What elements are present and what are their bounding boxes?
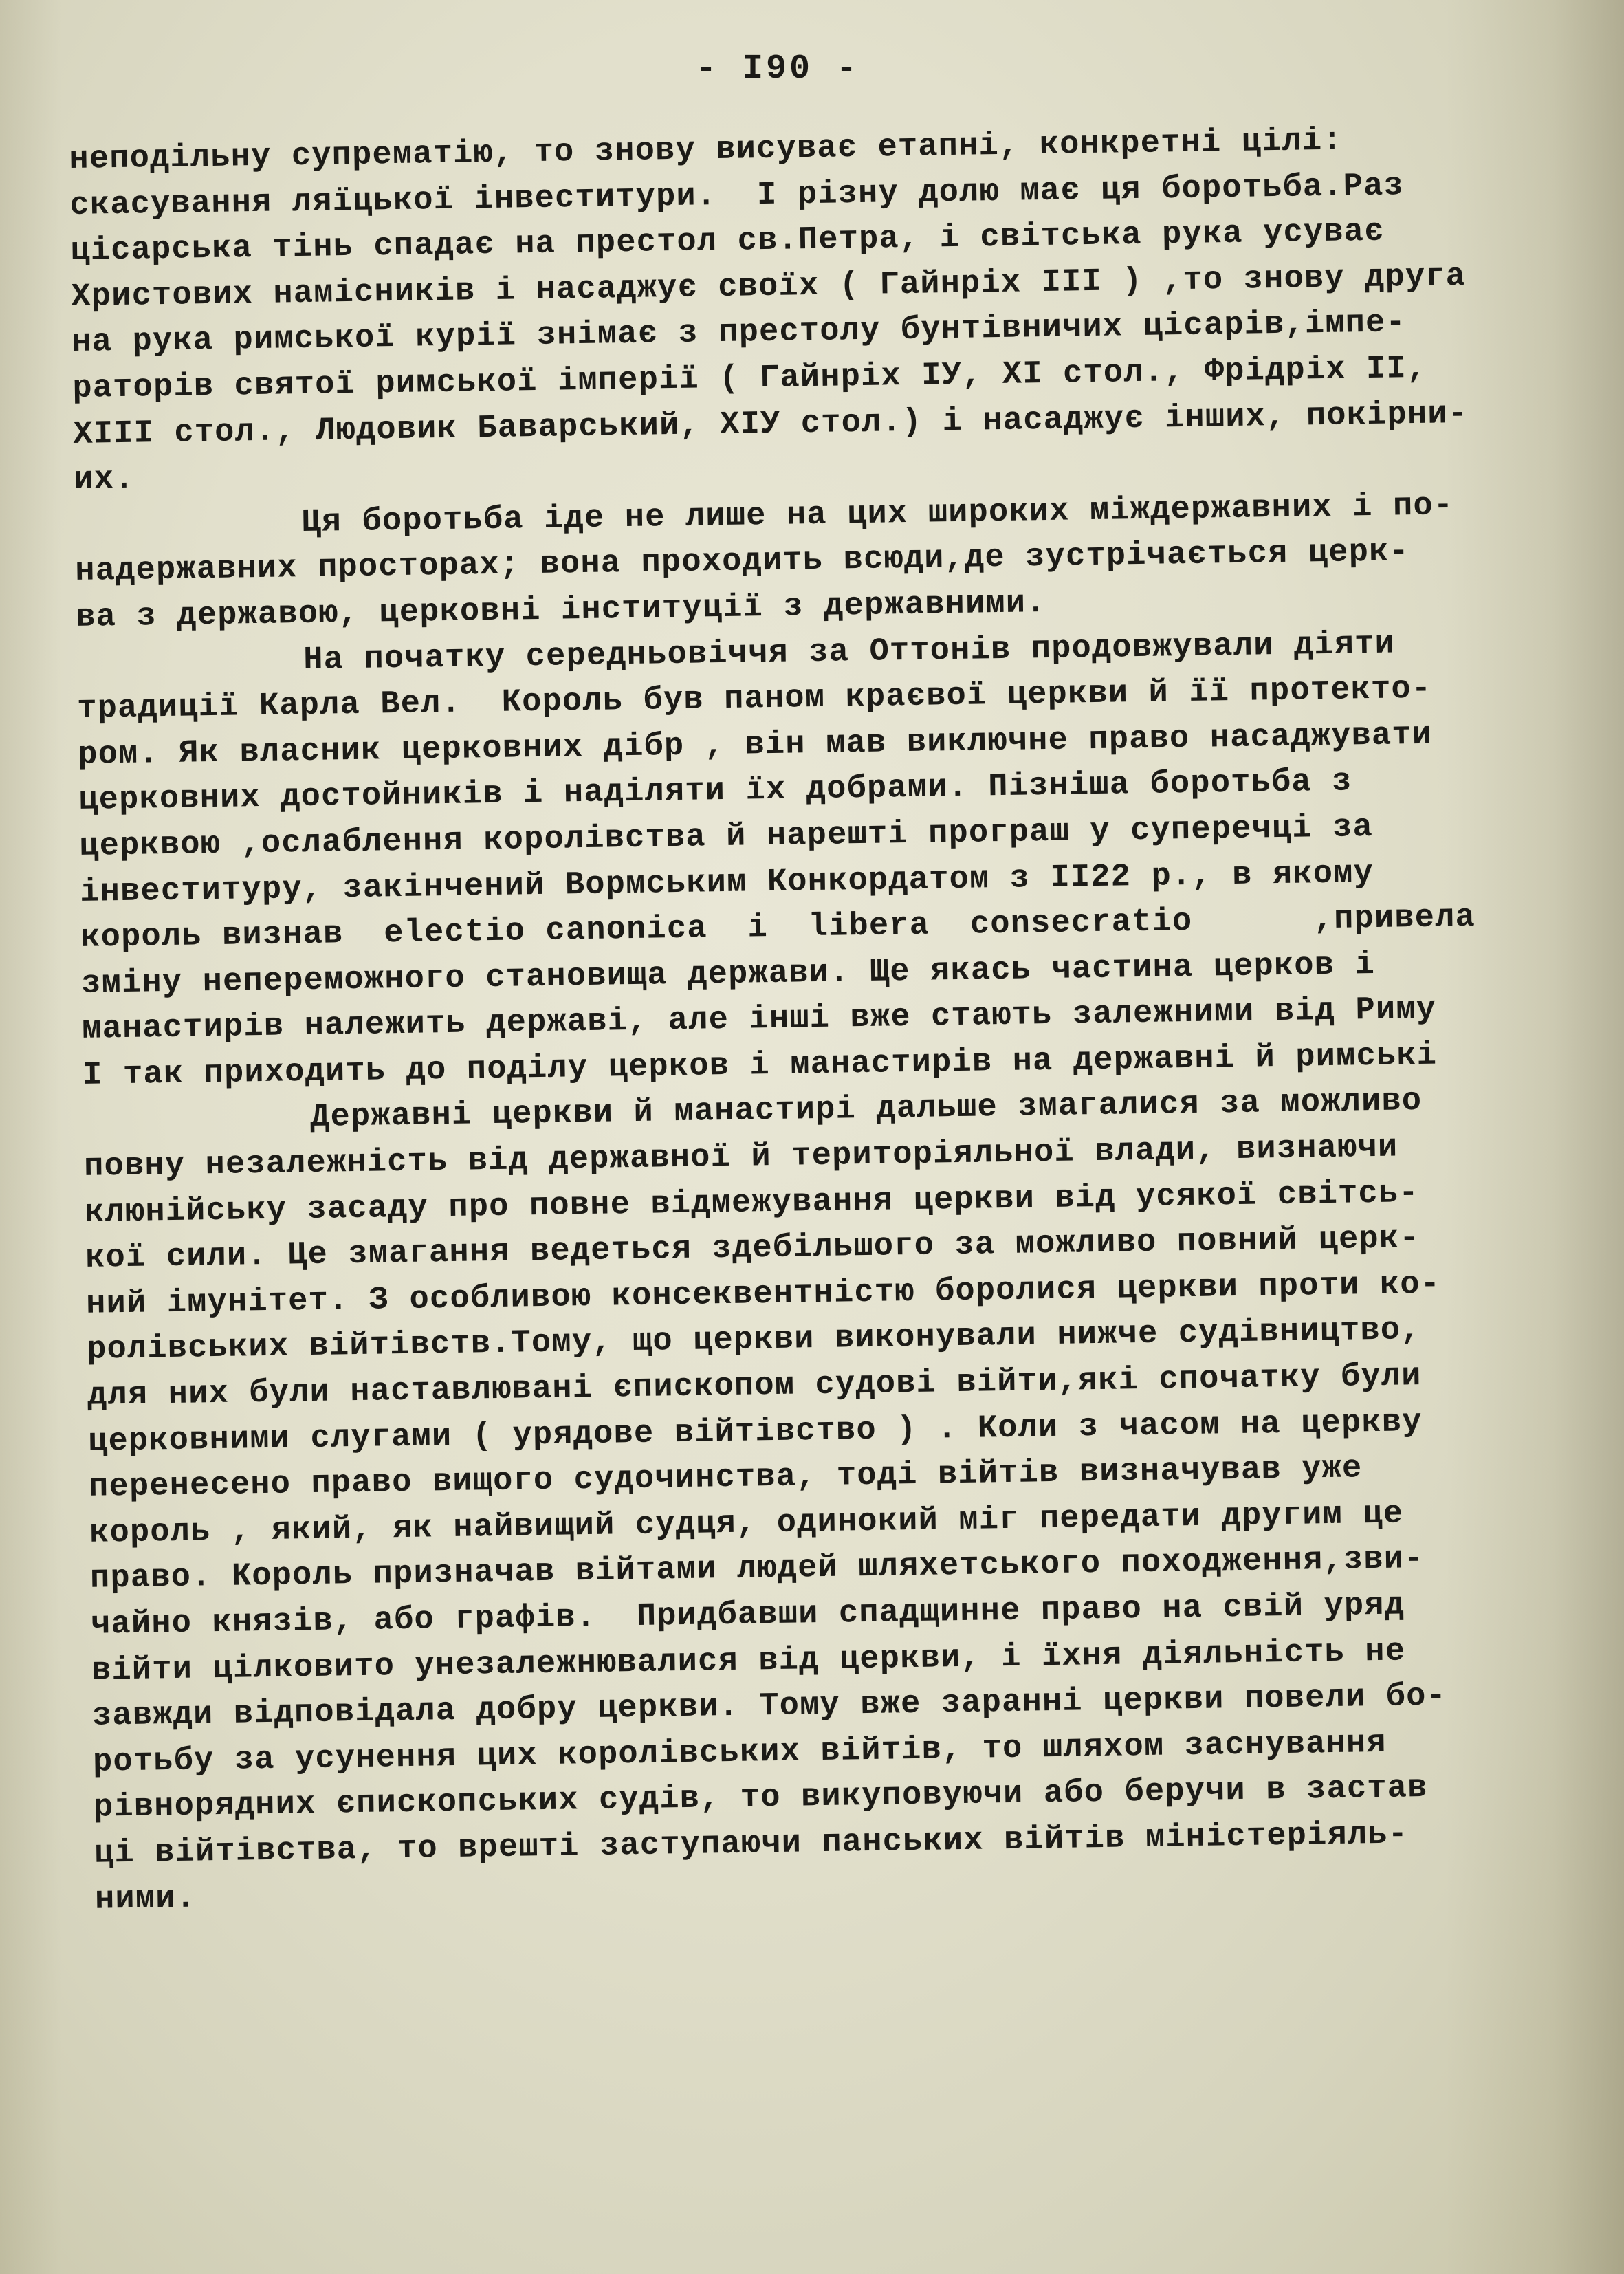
paragraph-1: неподільну супрематію, то знову висуває … — [69, 115, 1614, 504]
paragraph-3: На початку середньовіччя за Оттонів прод… — [76, 618, 1623, 1099]
page-number: - I90 - — [0, 50, 1555, 89]
page-edge-shadow-left — [0, 0, 62, 2274]
paragraph-4: Державні церкви й манастирі дальше змага… — [83, 1076, 1624, 1923]
typewritten-body: неподільну супрематію, то знову висуває … — [69, 115, 1624, 1923]
paragraph-2: Ця боротьба іде не лише на цих широких м… — [74, 481, 1616, 641]
